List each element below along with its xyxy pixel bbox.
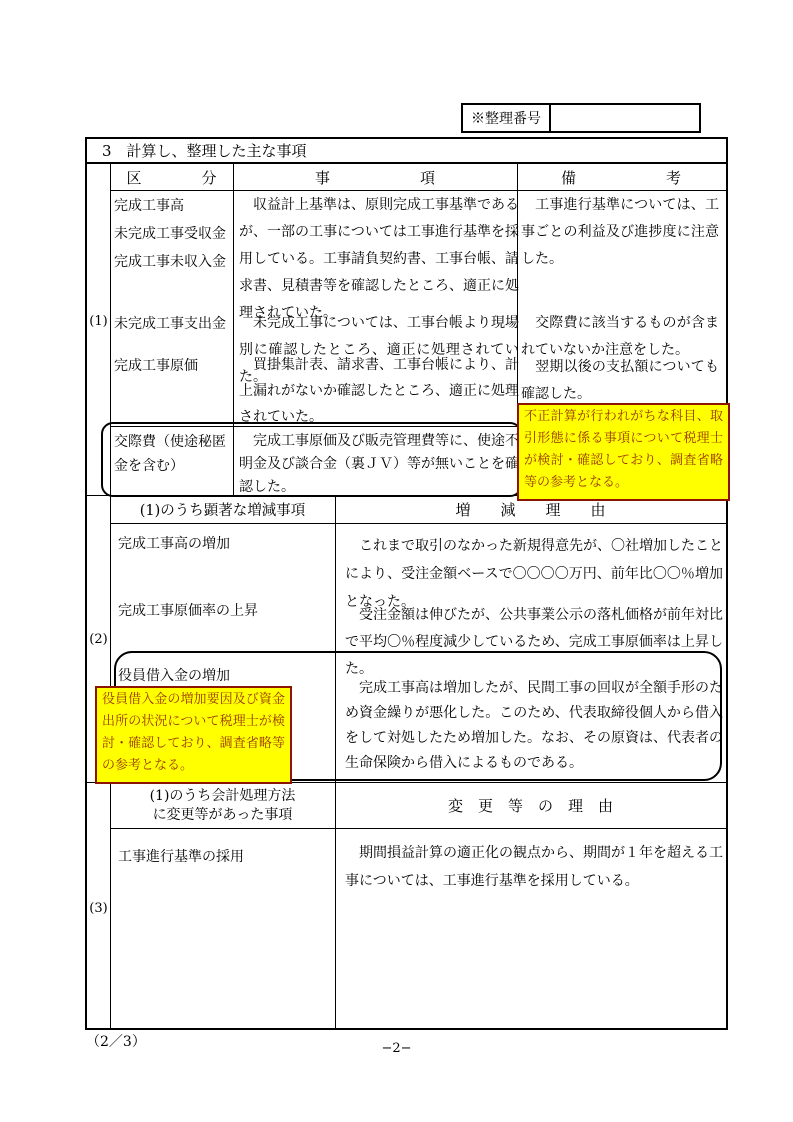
- ref-number-box: ※整理番号: [461, 103, 701, 133]
- kubun-accounts: 完成工事高 未完成工事受収金 完成工事未収入金: [114, 192, 232, 276]
- header-jiko: 事 項: [233, 164, 517, 190]
- item-shinko-kijun: 工事進行基準の採用: [118, 843, 330, 871]
- jiko-paragraph-1: 収益計上基準は、原則完成工事基準であるが、一部の工事については工事進行基準を採用…: [239, 192, 519, 327]
- section-1-number: (1): [87, 314, 110, 329]
- section-3-number: (3): [87, 901, 110, 916]
- biko-paragraph-3: 翌期以後の支払額についても確認した。: [521, 354, 719, 408]
- header-henko-riyu: 変 更 等 の 理 由: [335, 783, 726, 828]
- kubun-shishutsukin: 未完成工事支出金: [114, 310, 232, 338]
- section-3: (3) (1)のうち会計処理方法 に変更等があった事項 変 更 等 の 理 由 …: [87, 782, 726, 1028]
- section-2: (2) (1)のうち顕著な増減事項 増 減 理 由 完成工事高の増加 完成工事原…: [87, 495, 726, 782]
- number-column-divider: [110, 164, 111, 495]
- header-kubun: 区 分: [110, 164, 233, 190]
- section-1-header-underline: [110, 190, 726, 191]
- kubun-kosaihi: 交際費（使途秘匿金を含む）: [114, 430, 232, 478]
- section-3-header-underline: [110, 828, 726, 829]
- header-biko: 備 考: [517, 164, 725, 190]
- header-zogen-jiko: (1)のうち顕著な増減事項: [110, 496, 335, 523]
- kubun-genka: 完成工事原価: [114, 352, 232, 380]
- reason-paragraph-2: 受注金額は伸びたが、公共事業公示の落札価格が前年対比で平均〇％程度減少しているた…: [345, 602, 723, 683]
- table-body: (1) 区 分 事 項 備 考 完成工事高 未完成工事受収金 完成工事未収入金 …: [87, 164, 726, 1028]
- item-genkaritsu-josho: 完成工事原価率の上昇: [118, 597, 330, 625]
- section-1: (1) 区 分 事 項 備 考 完成工事高 未完成工事受収金 完成工事未収入金 …: [87, 164, 726, 495]
- main-table: 3 計算し、整理した主な事項 (1) 区 分 事 項 備 考 完成工事高 未完成…: [85, 137, 728, 1030]
- section-2-number: (2): [87, 632, 110, 647]
- biko-paragraph-1: 工事進行基準については、工事ごとの利益及び進捗度に注意した。: [521, 192, 719, 273]
- reason-paragraph-3: 完成工事高は増加したが、民間工事の回収が全額手形のため資金繰りが悪化した。このた…: [345, 676, 723, 776]
- section-2-header-underline: [110, 523, 726, 524]
- ref-number-value: [551, 105, 699, 131]
- jiko-paragraph-4: 完成工事原価及び販売管理費等に、使途不明金及び談合金（裏ＪＶ）等が無いことを確認…: [239, 430, 519, 499]
- section-2-divider: [335, 496, 336, 782]
- item-uriage-zoka: 完成工事高の増加: [118, 530, 330, 558]
- document-page: ※整理番号 3 計算し、整理した主な事項 (1) 区 分 事 項 備 考 完成工…: [0, 0, 793, 1122]
- table-title: 3 計算し、整理した主な事項: [87, 139, 726, 164]
- annotation-note-1: 不正計算が行われがちな科目、取引形態に係る事項について税理士が検討・確認しており…: [517, 403, 730, 501]
- reason-paragraph-s3: 期間損益計算の適正化の観点から、期間が１年を超える工事については、工事進行基準を…: [345, 839, 723, 895]
- section-1-divider-1: [233, 164, 234, 495]
- header-kaikei-henko: (1)のうち会計処理方法 に変更等があった事項: [110, 783, 335, 828]
- kosaihi-row-topline: [110, 426, 517, 427]
- ref-number-label: ※整理番号: [463, 105, 551, 131]
- page-number: −2−: [0, 1041, 793, 1056]
- annotation-note-2: 役員借入金の増加要因及び資金出所の状況について税理士が検討・確認しており、調査省…: [95, 686, 292, 784]
- jiko-paragraph-3: 買掛集計表、請求書、工事台帳により、計上漏れがないか確認したところ、適正に処理さ…: [239, 352, 519, 430]
